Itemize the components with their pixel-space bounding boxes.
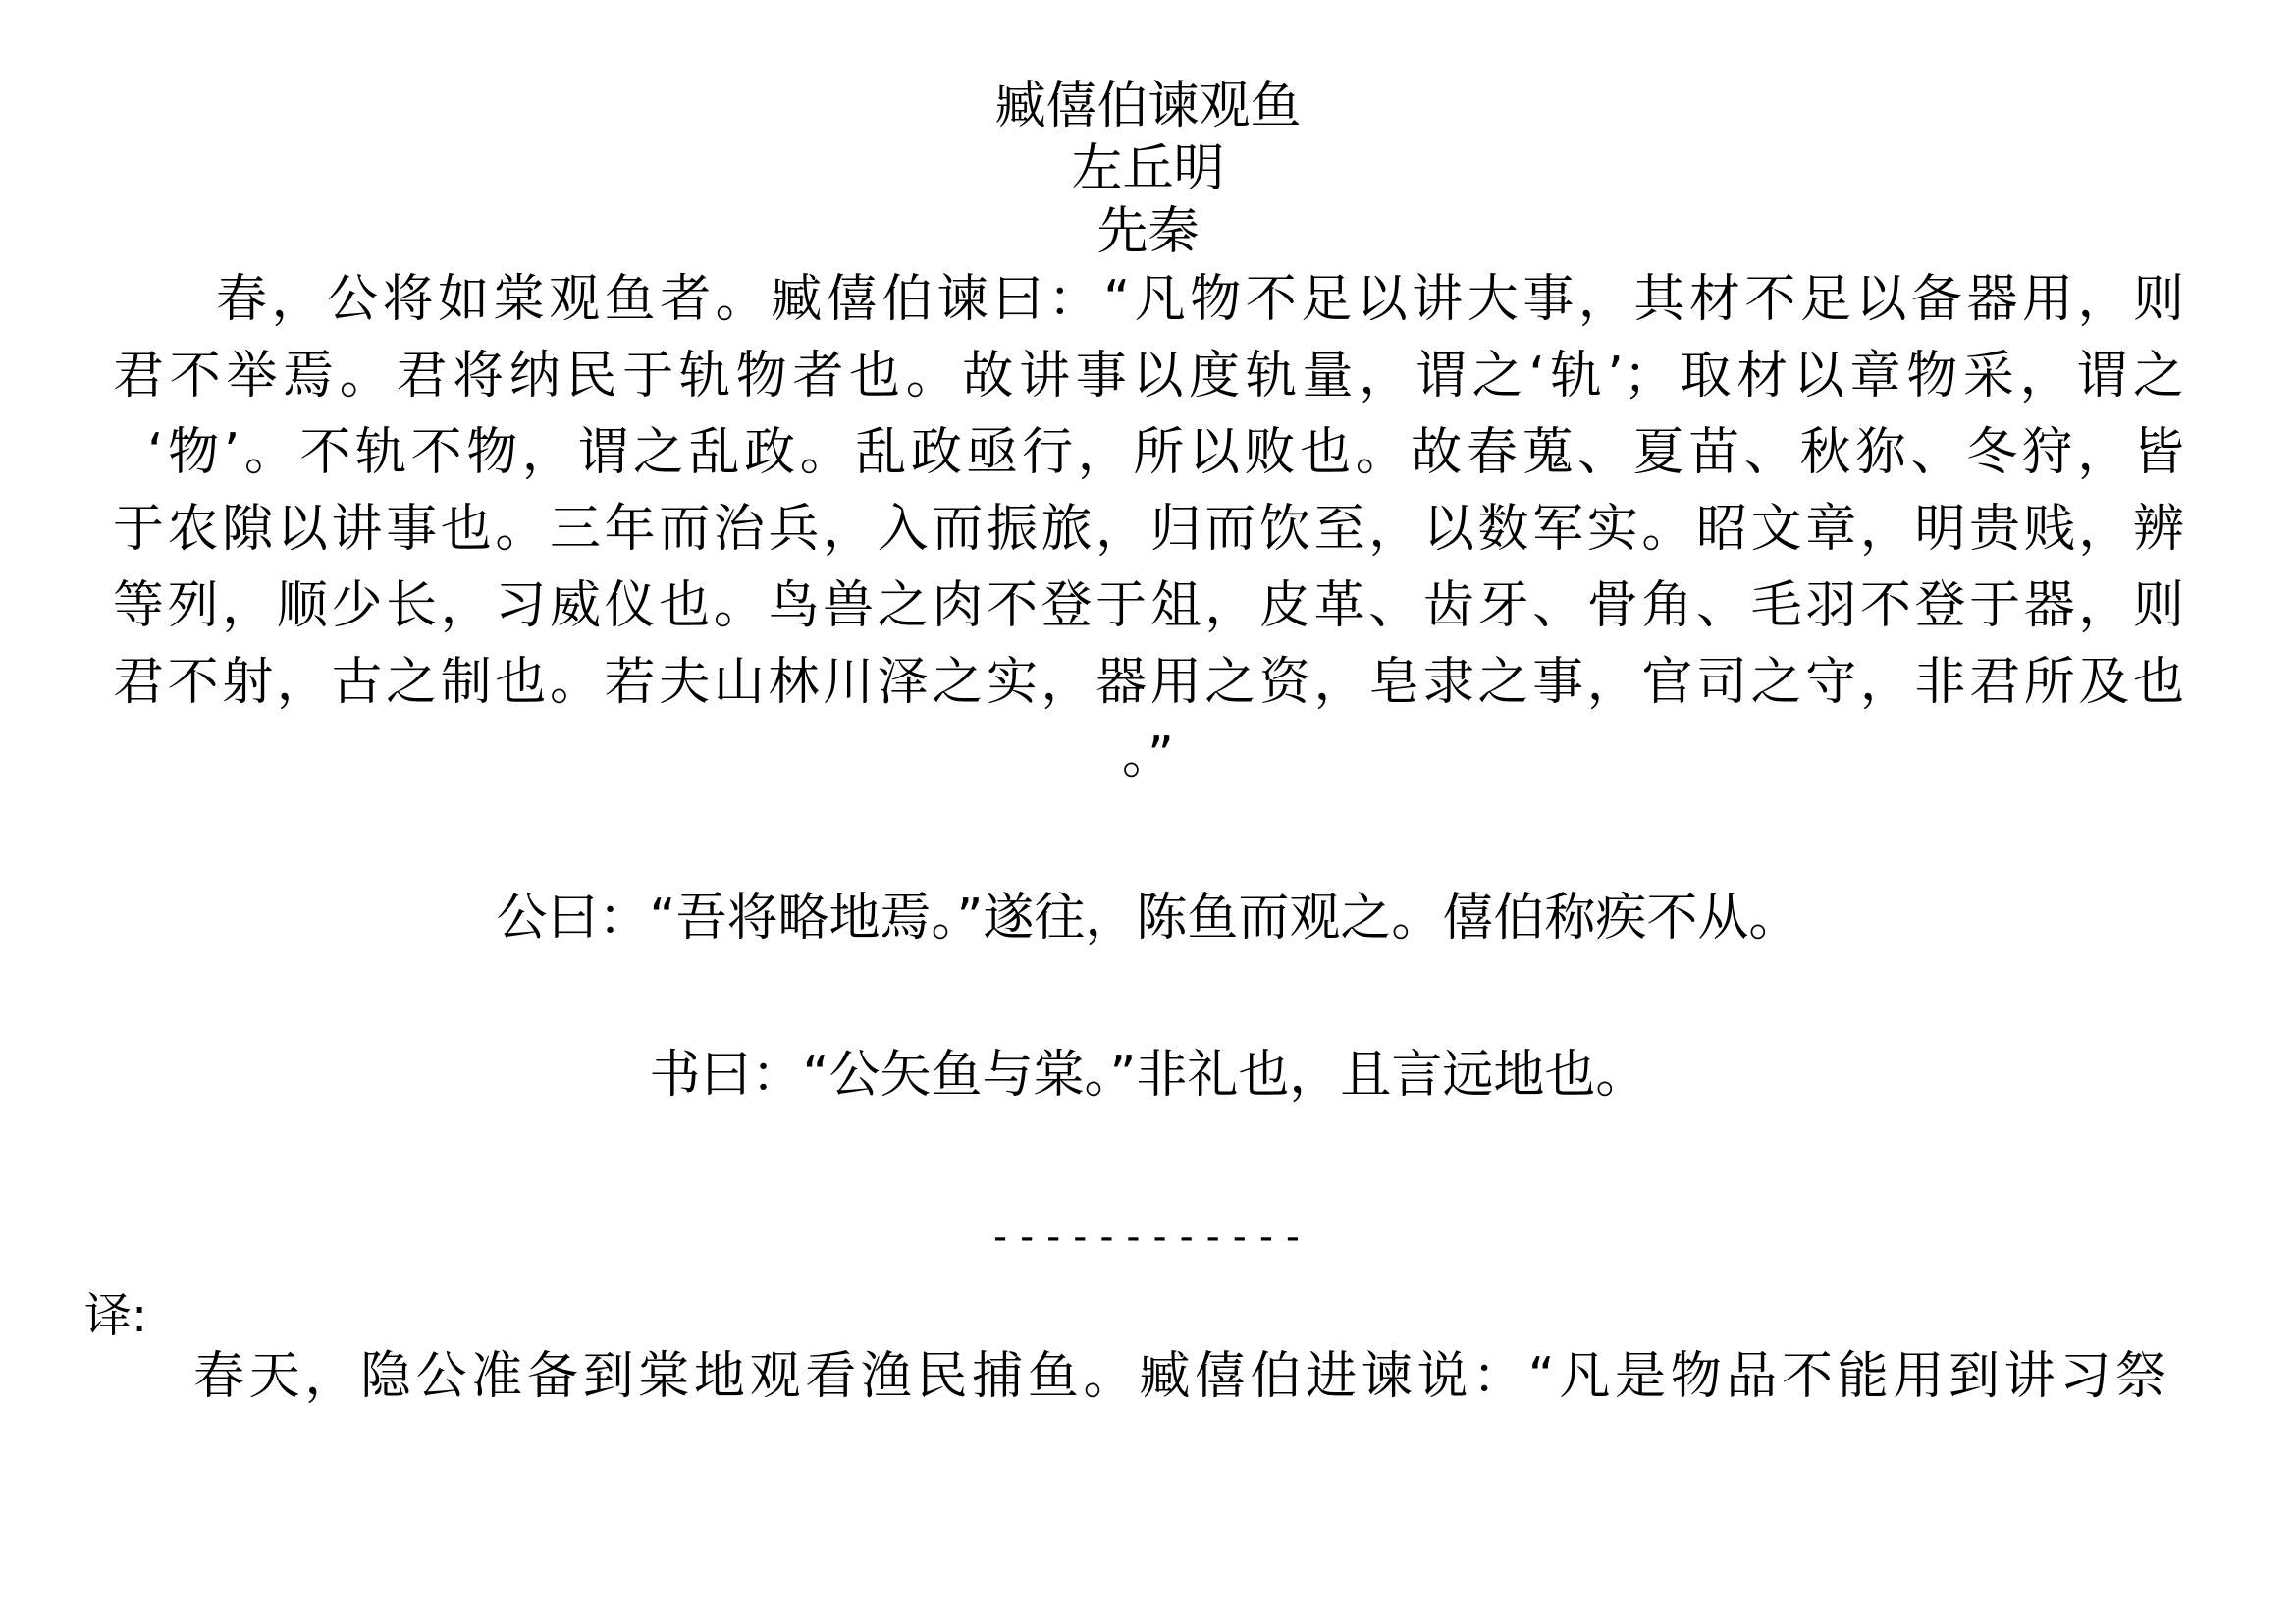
- original-paragraph-3: 书曰：“公矢鱼与棠。”非礼也，且言远地也。: [0, 1046, 2296, 1105]
- document-title: 臧僖伯谏观鱼: [0, 75, 2296, 137]
- original-text-line: 于农隙以讲事也。三年而治兵，入而振旅，归而饮至，以数军实。昭文章，明贵贱，辨: [113, 500, 2184, 559]
- original-text-line: 君不举焉。君将纳民于轨物者也。故讲事以度轨量，谓之‘轨’；取材以章物采，谓之: [113, 347, 2184, 406]
- title-block: 臧僖伯谏观鱼 左丘明 先秦: [0, 75, 2296, 263]
- original-paragraph-2: 公曰：“吾将略地焉。”遂往，陈鱼而观之。僖伯称疾不从。: [0, 889, 2296, 947]
- original-text-line: 等列，顺少长，习威仪也。鸟兽之肉不登于俎，皮革、齿牙、骨角、毛羽不登于器，则: [113, 576, 2184, 635]
- original-text-line-end: 。”: [0, 727, 2296, 785]
- document-page: 臧僖伯谏观鱼 左丘明 先秦 春，公将如棠观鱼者。臧僖伯谏曰：“凡物不足以讲大事，…: [0, 0, 2296, 1624]
- original-text-line: ‘物’。不轨不物，谓之乱政。乱政亟行，所以败也。故春蒐、夏苗、秋狝、冬狩，皆: [147, 423, 2184, 482]
- original-text-line: 君不射，古之制也。若夫山林川泽之实，器用之资，皂隶之事，官司之守，非君所及也: [113, 653, 2184, 712]
- document-dynasty: 先秦: [0, 200, 2296, 263]
- translation-label: 译:: [84, 1286, 147, 1345]
- section-divider: ------------: [0, 1208, 2296, 1267]
- original-text-line: 春，公将如棠观鱼者。臧僖伯谏曰：“凡物不足以讲大事，其材不足以备器用，则: [216, 270, 2184, 329]
- translation-line: 春天，隐公准备到棠地观看渔民捕鱼。臧僖伯进谏说：“凡是物品不能用到讲习祭: [193, 1347, 2166, 1406]
- document-author: 左丘明: [0, 137, 2296, 200]
